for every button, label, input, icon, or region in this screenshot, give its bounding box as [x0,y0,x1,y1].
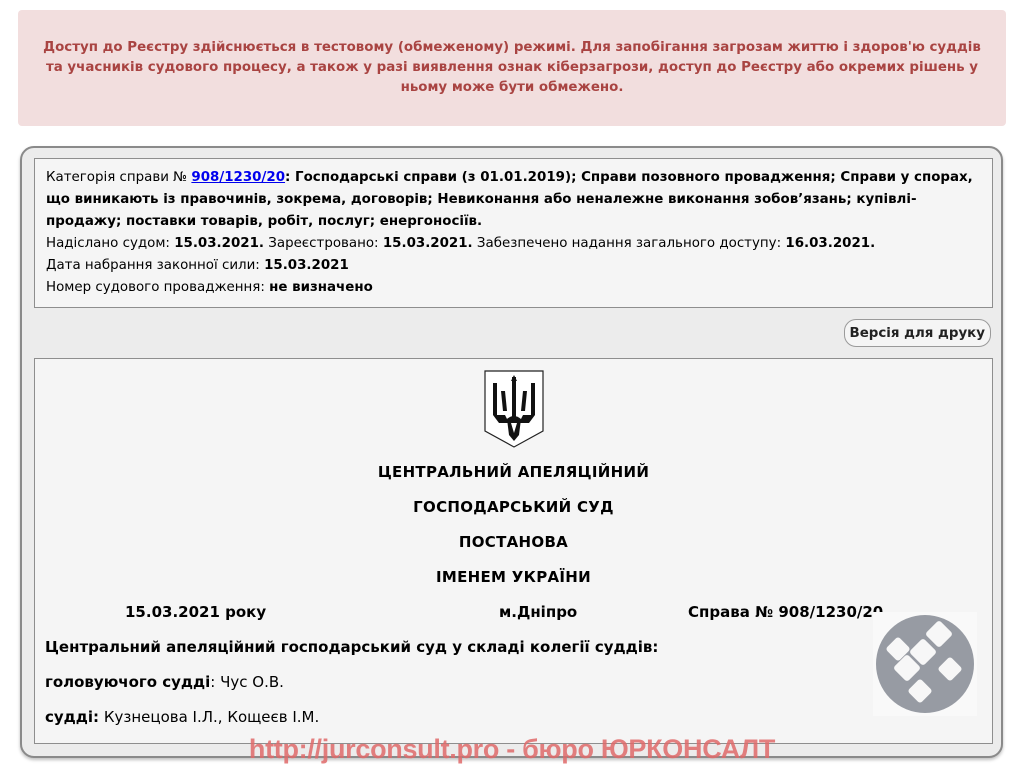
court-composition: Центральний апеляційний господарський су… [45,638,658,656]
presiding-value: : Чус О.В. [210,673,284,691]
case-category: Категорія справи № 908/1230/20: Господар… [46,167,981,233]
proceeding-value: не визначено [269,280,373,295]
presiding-label: головуючого судді [45,673,210,691]
judges-value: Кузнецова І.Л., Кощеєв І.М. [99,708,319,726]
presiding-judge: головуючого судді: Чус О.В. [45,673,284,691]
in-name-of-ukraine: ІМЕНЕМ УКРАЇНИ [35,568,992,586]
category-label: Категорія справи № [46,170,187,185]
registered-value: 15.03.2021. [383,236,473,251]
case-dates: Надіслано судом: 15.03.2021. Зареєстрова… [46,233,981,255]
decision-date: 15.03.2021 року [125,603,266,621]
print-version-button[interactable]: Версія для друку [844,319,992,347]
legal-force-value: 15.03.2021 [264,258,349,273]
document-type: ПОСТАНОВА [35,533,992,551]
puzzle-circle-logo-icon [873,612,977,716]
case-number-link[interactable]: 908/1230/20 [191,170,285,185]
judges-label: судді: [45,708,99,726]
legal-force: Дата набрання законної сили: 15.03.2021 [46,255,981,277]
proceeding-number: Номер судового провадження: не визначено [46,277,981,299]
judges: судді: Кузнецова І.Л., Кощеєв І.М. [45,708,319,726]
sent-label: Надіслано судом: [46,236,170,251]
sent-value: 15.03.2021. [174,236,264,251]
court-name-line-1: ЦЕНТРАЛЬНИЙ АПЕЛЯЦІЙНИЙ [35,463,992,481]
registered-label: Зареєстровано: [268,236,378,251]
decision-city: м.Дніпро [499,603,577,621]
legal-force-label: Дата набрання законної сили: [46,258,260,273]
access-value: 16.03.2021. [785,236,875,251]
trident-coat-of-arms-icon [483,369,545,449]
proceeding-label: Номер судового провадження: [46,280,265,295]
case-info-panel: Категорія справи № 908/1230/20: Господар… [34,158,993,308]
composition-text: Центральний апеляційний господарський су… [45,638,658,656]
alert-text: Доступ до Реєстру здійснюється в тестово… [34,38,990,98]
test-mode-alert: Доступ до Реєстру здійснюється в тестово… [18,10,1006,126]
access-label: Забезпечено надання загального доступу: [477,236,781,251]
decision-container: Категорія справи № 908/1230/20: Господар… [20,146,1003,758]
case-number: Справа № 908/1230/20 [688,603,883,621]
decision-document: ЦЕНТРАЛЬНИЙ АПЕЛЯЦІЙНИЙ ГОСПОДАРСЬКИЙ СУ… [34,358,993,744]
court-name-line-2: ГОСПОДАРСЬКИЙ СУД [35,498,992,516]
